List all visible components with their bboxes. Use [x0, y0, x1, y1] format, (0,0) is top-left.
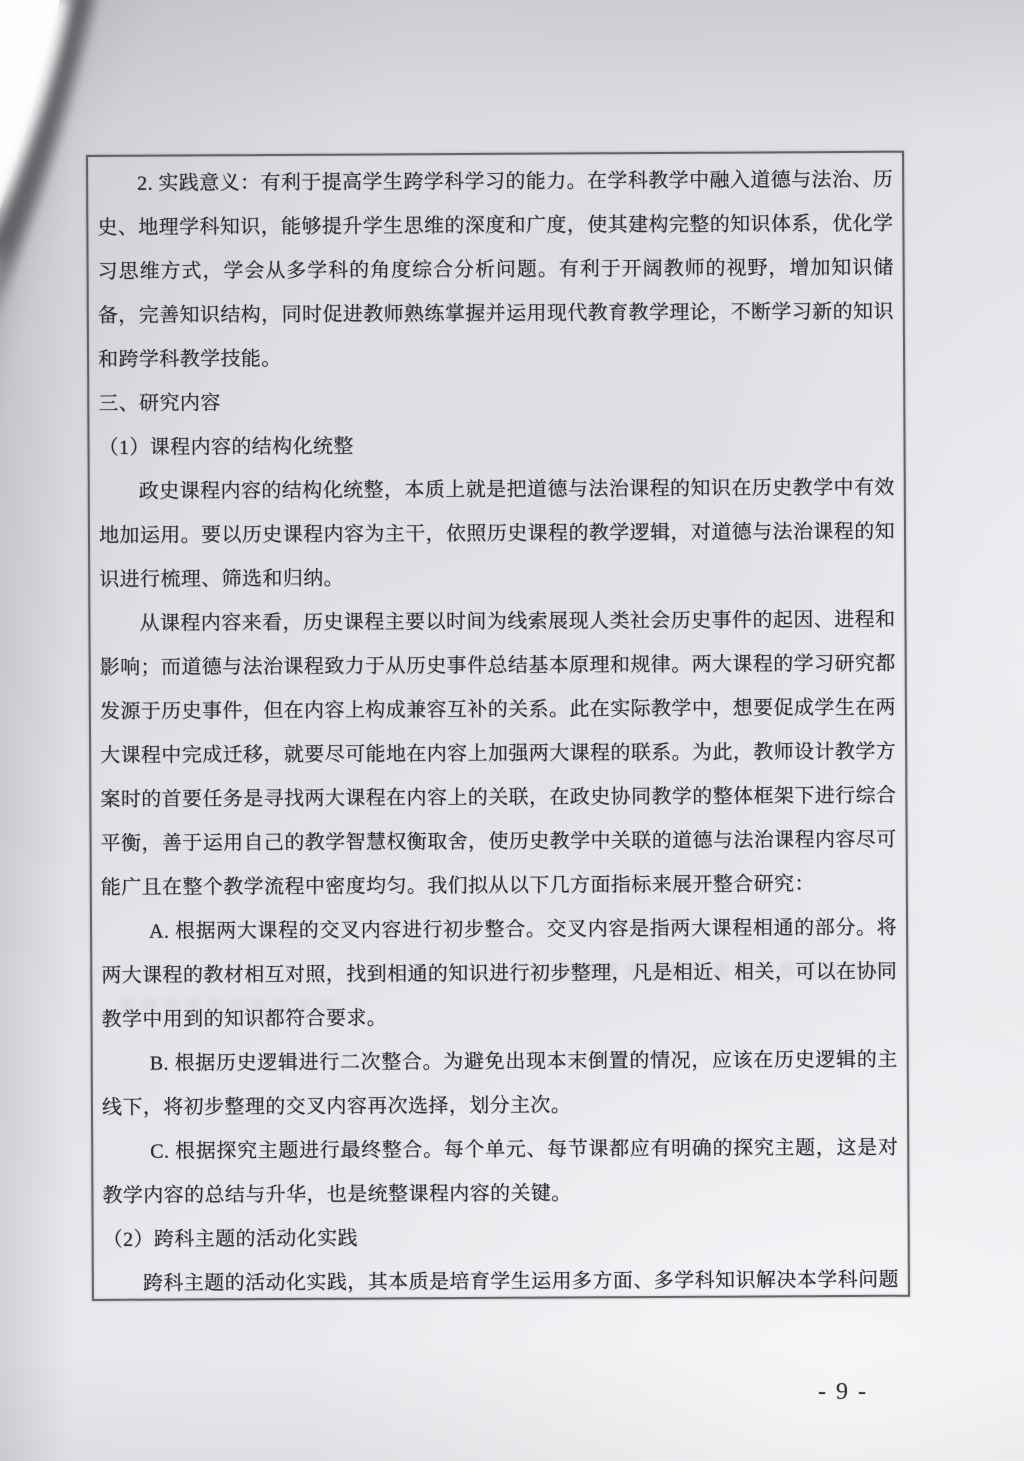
scanned-page-photo: 2. 实践意义：有利于提高学生跨学科学习的能力。在学科教学中融入道德与法治、历史… [0, 0, 1024, 1461]
subsection-heading-activity-practice: （2）跨科主题的活动化实践 [103, 1214, 899, 1262]
subsection-heading-structural-integration: （1）课程内容的结构化统整 [98, 422, 894, 470]
paragraph-structural-integration-intro: 政史课程内容的结构化统整，本质上就是把道德与法治课程的知识在历史教学中有效地加运… [99, 466, 896, 602]
list-item-c-final-integration: C. 根据探究主题进行最终整合。每个单元、每节课都应有明确的探究主题，这是对教学… [102, 1126, 898, 1218]
paragraph-course-content-analysis: 从课程内容来看，历史课程主要以时间为线索展现人类社会历史事件的起因、进程和影响；… [99, 598, 897, 910]
section-heading-research-content: 三、研究内容 [98, 378, 894, 426]
page-number: - 9 - [818, 1379, 868, 1406]
list-item-a-preliminary-integration: A. 根据两大课程的交叉内容进行初步整合。交叉内容是指两大课程相通的部分。将两大… [101, 906, 898, 1042]
paragraph-practical-significance: 2. 实践意义：有利于提高学生跨学科学习的能力。在学科教学中融入道德与法治、历史… [97, 158, 894, 382]
document-table-cell: 2. 实践意义：有利于提高学生跨学科学习的能力。在学科教学中融入道德与法治、历史… [86, 151, 910, 1301]
paragraph-activity-practice-intro: 跨科主题的活动化实践，其本质是培育学生运用多方面、多学科知识解决本学科问题的能力… [103, 1258, 900, 1301]
list-item-b-secondary-integration: B. 根据历史逻辑进行二次整合。为避免出现本末倒置的情况，应该在历史逻辑的主线下… [102, 1038, 898, 1130]
